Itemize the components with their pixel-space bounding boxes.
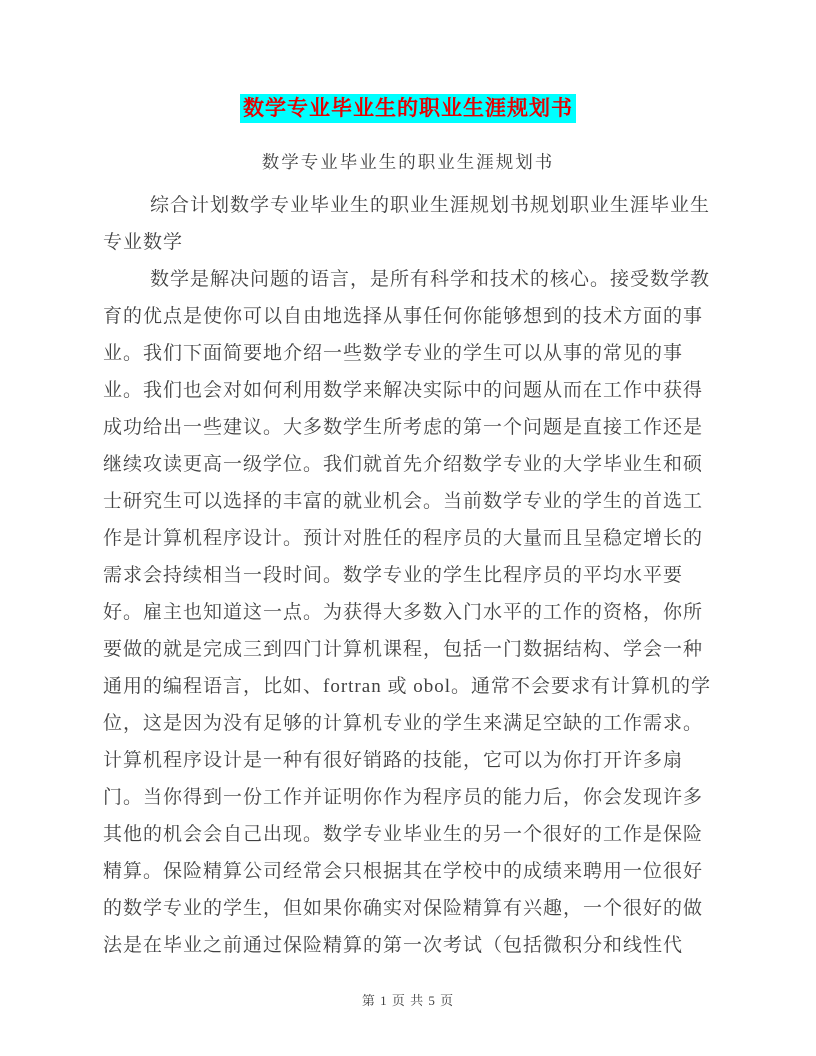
page-number-indicator: 第 1 页 共 5 页 xyxy=(362,993,454,1008)
document-subtitle: 数学专业毕业生的职业生涯规划书 xyxy=(0,150,816,174)
document-title-highlighted: 数学专业毕业生的职业生涯规划书 xyxy=(240,94,576,123)
title-block: 数学专业毕业生的职业生涯规划书 xyxy=(0,94,816,123)
document-page: 数学专业毕业生的职业生涯规划书 数学专业毕业生的职业生涯规划书 综合计划数学专业… xyxy=(0,0,816,1056)
document-body: 综合计划数学专业毕业生的职业生涯规划书规划职业生涯毕业生专业数学 数学是解决问题… xyxy=(103,187,713,964)
paragraph-summary: 综合计划数学专业毕业生的职业生涯规划书规划职业生涯毕业生专业数学 xyxy=(103,187,713,261)
paragraph-main: 数学是解决问题的语言，是所有科学和技术的核心。接受数学教育的优点是使你可以自由地… xyxy=(103,261,713,964)
page-footer: 第 1 页 共 5 页 xyxy=(0,992,816,1010)
